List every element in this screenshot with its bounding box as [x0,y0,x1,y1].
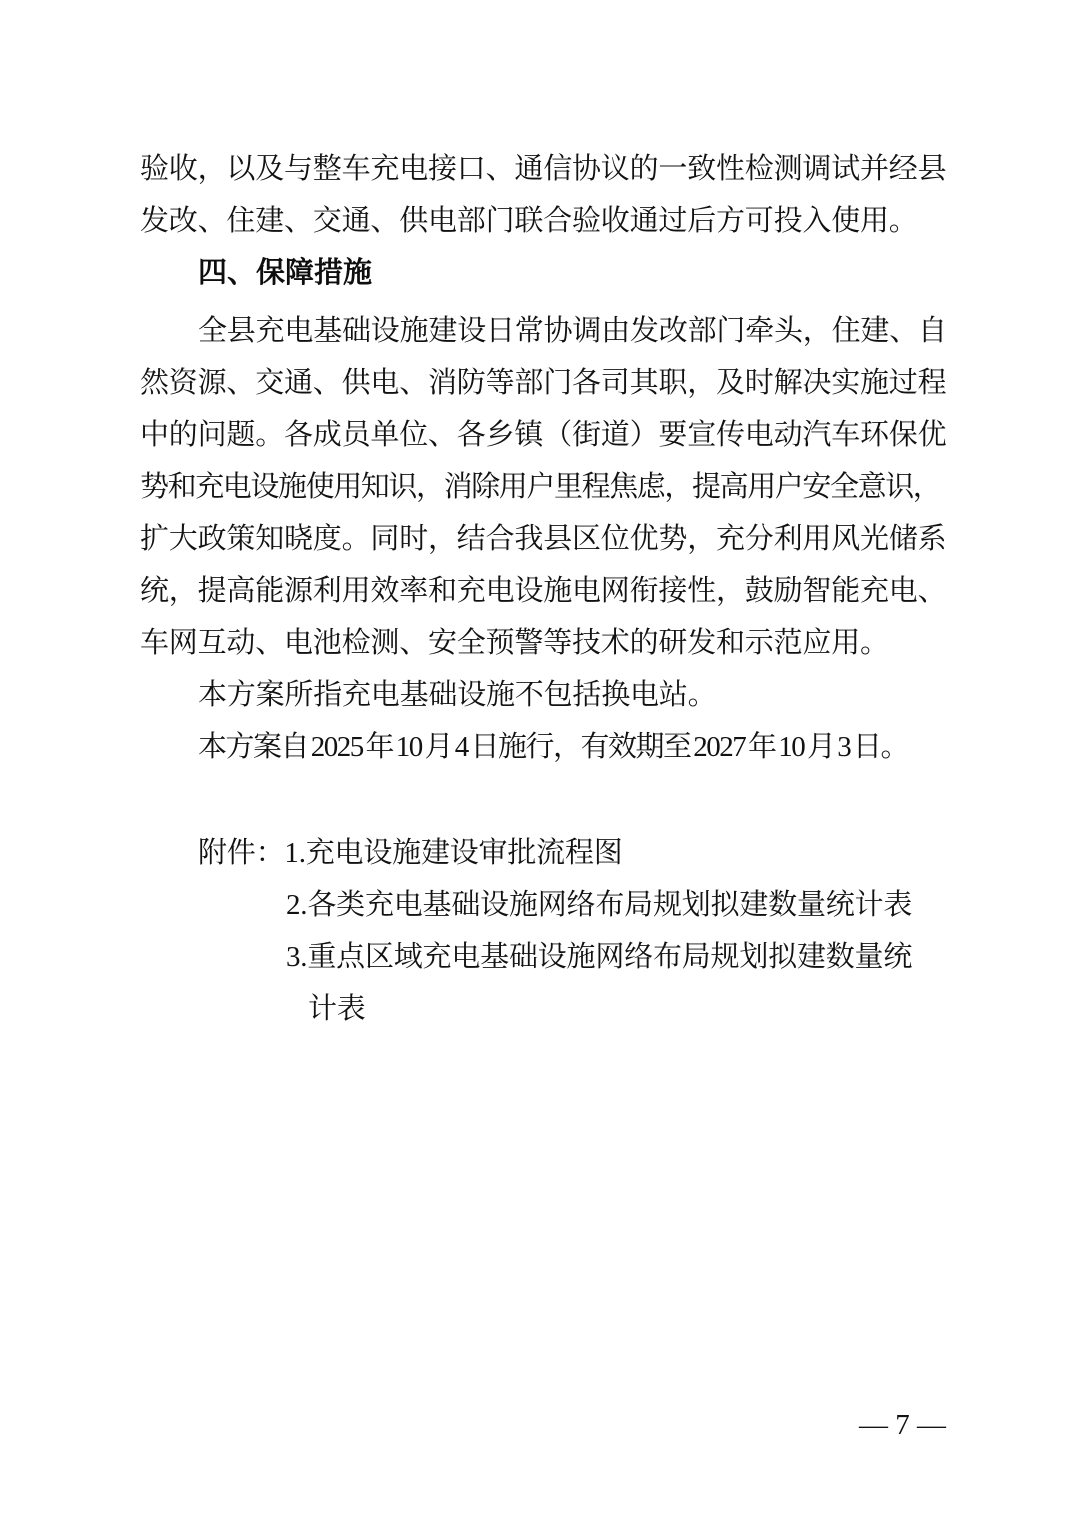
body-text-line: 统，提高能源利用效率和充电设施电网衔接性，鼓励智能充电、 [140,565,946,617]
body-text-line: 发改、住建、交通、供电部门联合验收通过后方可投入使用。 [140,195,946,247]
page-number: — 7 — [859,1408,946,1442]
body-text-line: 车网互动、电池检测、安全预警等技术的研发和示范应用。 [140,617,946,669]
attachment-line: 附件：1.充电设施建设审批流程图 [140,827,946,879]
section-heading: 四、保障措施 [140,247,946,299]
attachment-line: 计表 [140,983,946,1035]
attachment-line: 3.重点区域充电基础设施网络布局规划拟建数量统 [140,931,946,983]
body-text-line: 扩大政策知晓度。同时，结合我县区位优势，充分利用风光储系 [140,513,946,565]
body-text-line: 中的问题。各成员单位、各乡镇（街道）要宣传电动汽车环保优 [140,409,946,461]
body-text-line: 势和充电设施使用知识，消除用户里程焦虑，提高用户安全意识， [140,461,946,513]
effective-date-line: 本方案自 2025 年 10 月 4 日施行，有效期至 2027 年 10 月 … [140,721,946,773]
body-text-line: 全县充电基础设施建设日常协调由发改部门牵头，住建、自 [140,305,946,357]
attachment-line: 2.各类充电基础设施网络布局规划拟建数量统计表 [140,879,946,931]
scope-note-line: 本方案所指充电基础设施不包括换电站。 [140,669,946,721]
body-text-line: 然资源、交通、供电、消防等部门各司其职，及时解决实施过程 [140,357,946,409]
document-page: 验收，以及与整车充电接口、通信协议的一致性检测调试并经县 发改、住建、交通、供电… [0,0,1074,1520]
document-body: 验收，以及与整车充电接口、通信协议的一致性检测调试并经县 发改、住建、交通、供电… [140,143,946,1035]
body-text-line: 验收，以及与整车充电接口、通信协议的一致性检测调试并经县 [140,143,946,195]
